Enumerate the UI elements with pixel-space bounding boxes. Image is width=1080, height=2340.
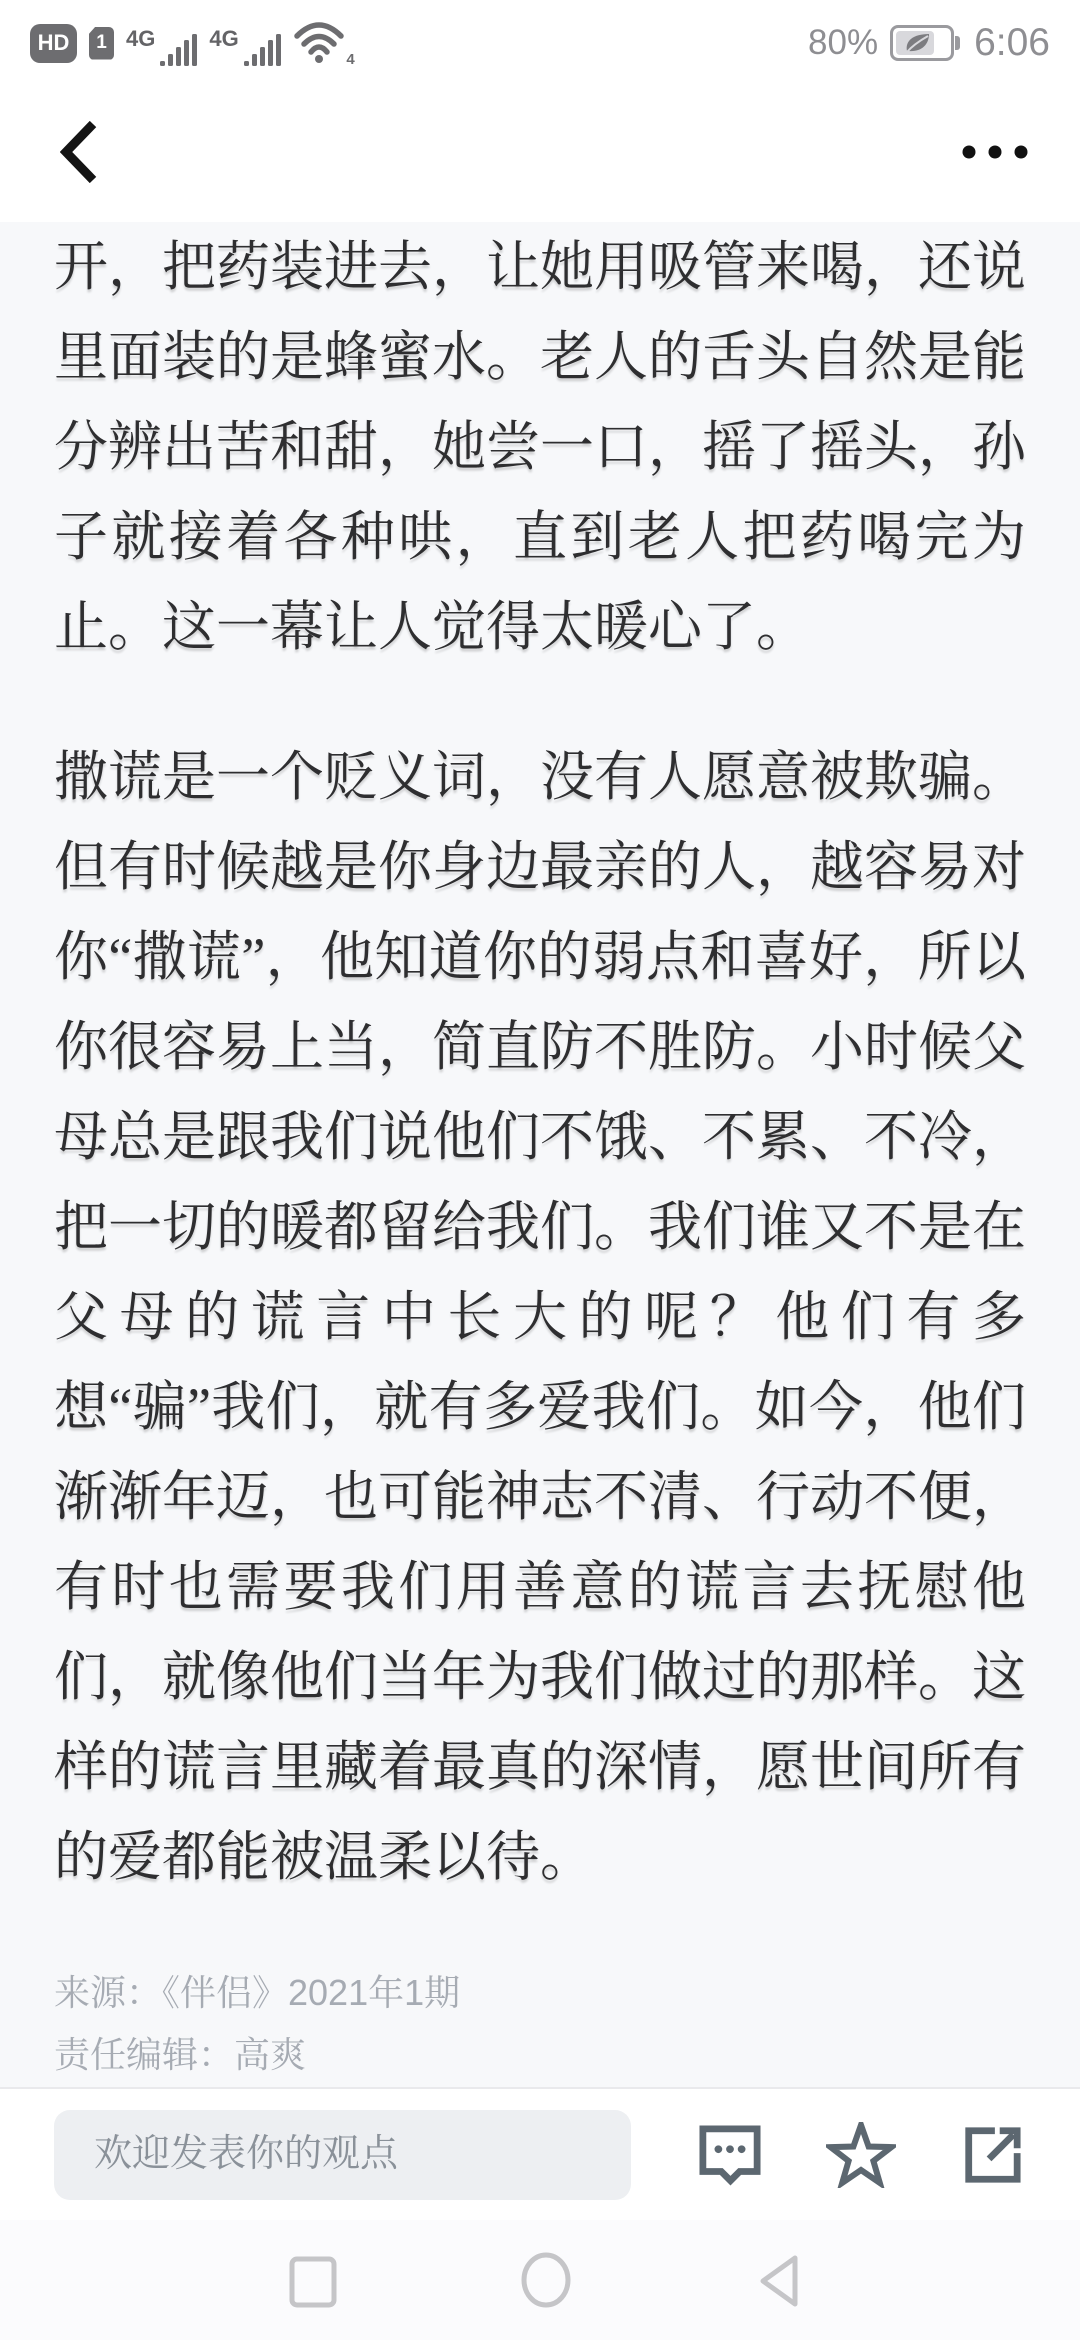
- sim1-icon: 1: [89, 27, 114, 60]
- share-button[interactable]: [960, 2124, 1022, 2186]
- back-button[interactable]: [60, 121, 98, 183]
- comment-input[interactable]: [54, 2110, 631, 2200]
- battery-percent-label: 80%: [808, 23, 878, 63]
- power-save-leaf-icon: [903, 31, 933, 55]
- toolbar: [0, 96, 1080, 208]
- android-back-button[interactable]: [755, 2253, 801, 2309]
- back-chevron-icon: [60, 121, 98, 183]
- favorite-button[interactable]: [826, 2122, 896, 2188]
- recents-square-icon: [289, 2256, 337, 2308]
- clock-label: 6:06: [974, 21, 1050, 65]
- share-icon: [960, 2124, 1022, 2186]
- signal-bars-icon: [160, 32, 197, 66]
- comments-button[interactable]: [698, 2124, 762, 2186]
- network-type-label: 4G: [126, 26, 155, 52]
- editor-label: 责任编辑：高爽: [54, 2024, 1026, 2086]
- article-paragraph: 开，把药装进去，让她用吸管来喝，还说里面装的是蜂蜜水。老人的舌头自然是能分辨出苦…: [54, 222, 1026, 672]
- home-circle-icon: [520, 2251, 572, 2309]
- more-dots-icon: [962, 145, 1028, 159]
- signal-sim1: 4G: [126, 20, 197, 66]
- wifi-icon: 4: [293, 20, 349, 66]
- signal-bars-icon: [244, 32, 281, 66]
- wifi-generation-label: 4: [346, 51, 354, 68]
- signal-sim2: 4G: [209, 20, 280, 66]
- star-icon: [826, 2122, 896, 2188]
- more-menu-button[interactable]: [962, 145, 1028, 159]
- source-label: 来源：《伴侣》2021年1期: [54, 1962, 1026, 2024]
- status-left: HD 1 4G 4G: [30, 20, 349, 66]
- article-meta: 来源：《伴侣》2021年1期 责任编辑：高爽: [54, 1962, 1026, 2086]
- android-nav-bar: [0, 2220, 1080, 2340]
- article-content: 开，把药装进去，让她用吸管来喝，还说里面装的是蜂蜜水。老人的舌头自然是能分辨出苦…: [0, 222, 1080, 2087]
- phone-screen: HD 1 4G 4G: [0, 0, 1080, 2340]
- article-paragraph: 撒谎是一个贬义词，没有人愿意被欺骗。但有时候越是你身边最亲的人，越容易对你“撒谎…: [54, 732, 1026, 1902]
- battery-icon: [890, 25, 954, 61]
- network-type-label: 4G: [209, 26, 238, 52]
- status-right: 80% 6:06: [808, 21, 1050, 65]
- comment-bar: [0, 2087, 1080, 2220]
- header: HD 1 4G 4G: [0, 0, 1080, 222]
- hd-volte-icon: HD: [30, 24, 77, 63]
- status-bar: HD 1 4G 4G: [30, 14, 1050, 72]
- comment-bubble-icon: [698, 2124, 762, 2186]
- action-icons: [634, 2122, 1022, 2188]
- recents-button[interactable]: [289, 2256, 337, 2308]
- home-button[interactable]: [520, 2251, 572, 2309]
- back-triangle-icon: [755, 2253, 801, 2309]
